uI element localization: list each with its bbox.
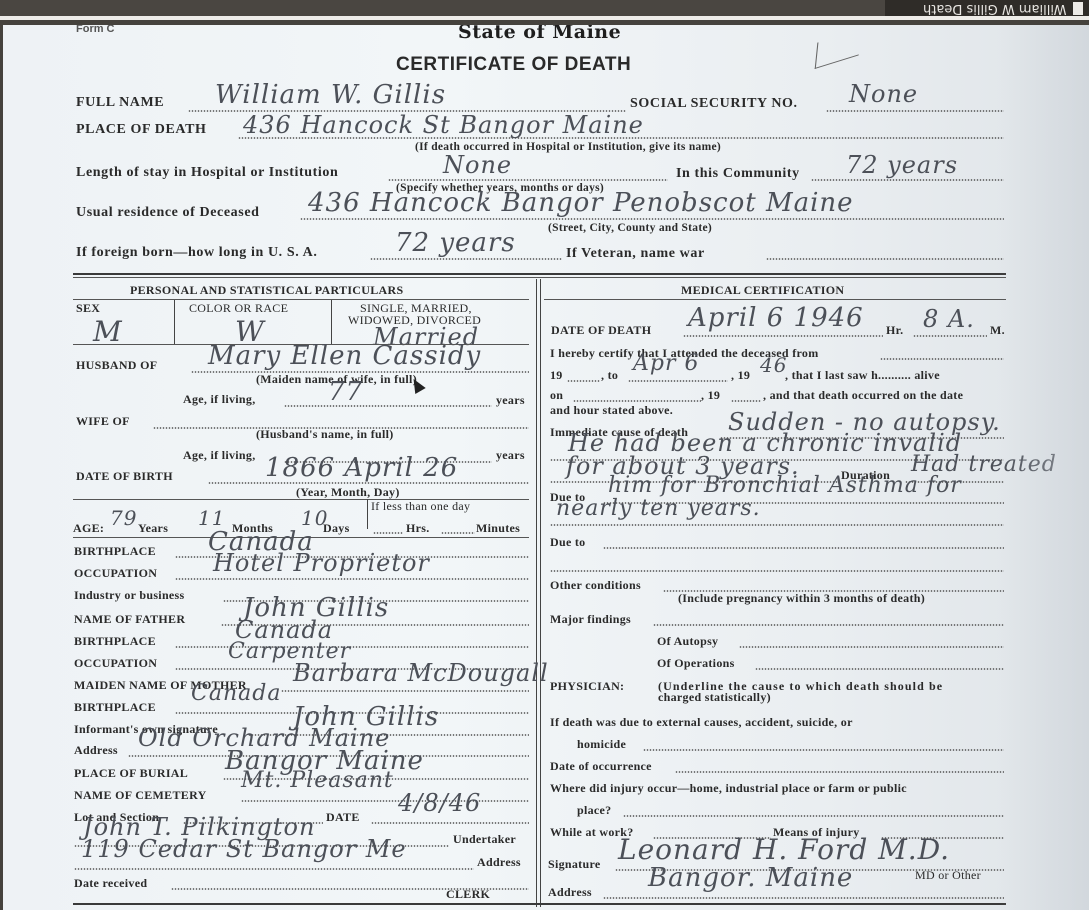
husband-age-years: years: [496, 448, 525, 463]
mother-birthplace-value: Canada: [191, 681, 281, 706]
father-label: NAME OF FATHER: [74, 612, 185, 627]
other-conditions-note: (Include pregnancy within 3 months of de…: [678, 591, 925, 606]
informant-address-label: Address: [74, 743, 118, 758]
length-of-stay-label: Length of stay in Hospital or Institutio…: [76, 165, 338, 181]
mother-value: Barbara McDougall: [293, 659, 549, 687]
external-label: If death was due to external causes, acc…: [550, 715, 853, 730]
mother-birthplace-label: BIRTHPLACE: [74, 700, 156, 715]
occupation-label: OCCUPATION: [74, 566, 157, 581]
medical-address-label: Address: [548, 885, 592, 900]
date-received-label: Date received: [74, 876, 147, 891]
on-label: on: [550, 388, 563, 403]
burial-date-label: DATE: [326, 810, 360, 825]
occurred-text: , and that death occurred on the date: [763, 388, 963, 403]
foreign-born-value: 72 years: [395, 228, 516, 258]
document-icon: [1073, 2, 1083, 15]
other-conditions-label: Other conditions: [550, 578, 641, 593]
dob-label: DATE OF BIRTH: [76, 469, 173, 484]
place-of-death-value: 436 Hancock St Bangor Maine: [243, 111, 644, 139]
ssn-value: None: [849, 80, 918, 108]
less-than-day-label: If less than one day: [371, 499, 470, 514]
age-years-value: 79: [110, 506, 137, 530]
last-saw-text: , that I last saw h.......... alive: [785, 368, 940, 383]
due-to-line-2: nearly ten years.: [556, 496, 761, 521]
date-of-death-label: DATE OF DEATH: [551, 323, 651, 338]
m-label: M.: [990, 323, 1005, 338]
husband-of-label: HUSBAND OF: [76, 358, 157, 373]
form-id: Form C: [76, 25, 115, 35]
full-name-label: FULL NAME: [76, 95, 164, 111]
tab-title: William W Gillis Death: [923, 1, 1067, 16]
community-label: In this Community: [676, 166, 800, 182]
community-value: 72 years: [846, 151, 958, 179]
autopsy-label: Of Autopsy: [657, 634, 718, 649]
due-to-value-1: him for Bronchial Asthma for: [608, 473, 962, 498]
app-titlebar: William W Gillis Death: [0, 0, 1089, 16]
homicide-label: homicide: [577, 737, 626, 752]
on-year-prefix: , 19: [701, 388, 720, 403]
signature-label: Signature: [548, 857, 601, 872]
to-year-value: 46: [760, 353, 787, 377]
document-tab[interactable]: William W Gillis Death: [885, 0, 1089, 16]
physician-label: PHYSICIAN:: [550, 679, 624, 694]
certificate-title: CERTIFICATE OF DEATH: [396, 54, 631, 76]
hr-value: 8 A.: [923, 305, 975, 333]
to-label: , to: [601, 368, 618, 383]
industry-label: Industry or business: [74, 588, 184, 603]
personal-section-title: PERSONAL AND STATISTICAL PARTICULARS: [130, 283, 403, 298]
wife-age-label: Age, if living,: [183, 392, 256, 407]
husband-of-value: Mary Ellen Cassidy: [208, 341, 481, 371]
wife-of-note: (Husband's name, in full): [256, 427, 394, 442]
medical-section-title: MEDICAL CERTIFICATION: [681, 283, 844, 298]
residence-value: 436 Hancock Bangor Penobscot Maine: [308, 188, 854, 218]
state-heading: State of Maine: [458, 25, 621, 43]
age-label: AGE:: [73, 521, 104, 536]
father-birthplace-label: BIRTHPLACE: [74, 634, 156, 649]
undertaker-address-value: 119 Cedar St Bangor Me: [81, 835, 407, 863]
ssn-label: SOCIAL SECURITY NO.: [630, 96, 798, 112]
husband-age-label: Age, if living,: [183, 448, 256, 463]
signature-value: Leonard H. Ford M.D.: [618, 833, 950, 866]
full-name-value: William W. Gillis: [215, 80, 446, 110]
hrs-label: Hrs.: [406, 521, 430, 536]
hr-label: Hr.: [886, 323, 903, 338]
dob-value: 1866 April 26: [265, 453, 458, 483]
age-days-label: Days: [323, 521, 350, 536]
date-of-death-value: April 6 1946: [688, 303, 864, 333]
residence-note: (Street, City, County and State): [548, 222, 712, 234]
foreign-born-label: If foreign born—how long in U. S. A.: [76, 245, 318, 261]
medical-address-value: Bangor. Maine: [648, 863, 853, 893]
physician-note-2: charged statistically): [658, 690, 771, 705]
where-injury-label: Where did injury occur—home, industrial …: [550, 781, 907, 796]
place-label: place?: [577, 803, 611, 818]
birthplace-label: BIRTHPLACE: [74, 544, 156, 559]
length-of-stay-value: None: [443, 151, 512, 179]
burial-label: PLACE OF BURIAL: [74, 766, 188, 781]
md-other-label: MD or Other: [915, 868, 981, 883]
wife-of-label: WIFE OF: [76, 414, 130, 429]
date-occurrence-label: Date of occurrence: [550, 759, 652, 774]
occupation-value: Hotel Proprietor: [213, 549, 430, 577]
clerk-label: CLERK: [446, 887, 490, 902]
minutes-label: Minutes: [476, 521, 520, 536]
dob-note: (Year, Month, Day): [296, 485, 400, 500]
from-prefix: 19: [550, 368, 563, 383]
undertaker-address-label: Address: [477, 855, 521, 870]
residence-label: Usual residence of Deceased: [76, 205, 260, 221]
major-findings-label: Major findings: [550, 612, 631, 627]
father-occupation-label: OCCUPATION: [74, 656, 157, 671]
wife-age-value: 77: [328, 377, 363, 407]
hour-stated-text: and hour stated above.: [550, 403, 673, 418]
wife-age-years: years: [496, 393, 525, 408]
due-to-label-2: Due to: [550, 535, 585, 550]
cemetery-value: Mt. Pleasant: [241, 768, 394, 793]
place-of-death-label: PLACE OF DEATH: [76, 122, 207, 138]
race-label: COLOR OR RACE: [189, 301, 288, 316]
check-mark-annotation: [815, 29, 862, 69]
veteran-label: If Veteran, name war: [566, 246, 705, 262]
toolbar-separator: [0, 16, 1089, 20]
cemetery-label: NAME OF CEMETERY: [74, 788, 207, 803]
undertaker-label: Undertaker: [453, 832, 516, 847]
operations-label: Of Operations: [657, 656, 735, 671]
age-years-label: Years: [138, 521, 168, 536]
burial-date-value: 4/8/46: [398, 789, 481, 817]
death-certificate-scan: Form C State of Maine CERTIFICATE OF DEA…: [3, 25, 1089, 910]
to-year-prefix: , 19: [731, 368, 750, 383]
sex-label: SEX: [76, 301, 100, 316]
to-value: Apr 6: [633, 351, 699, 376]
